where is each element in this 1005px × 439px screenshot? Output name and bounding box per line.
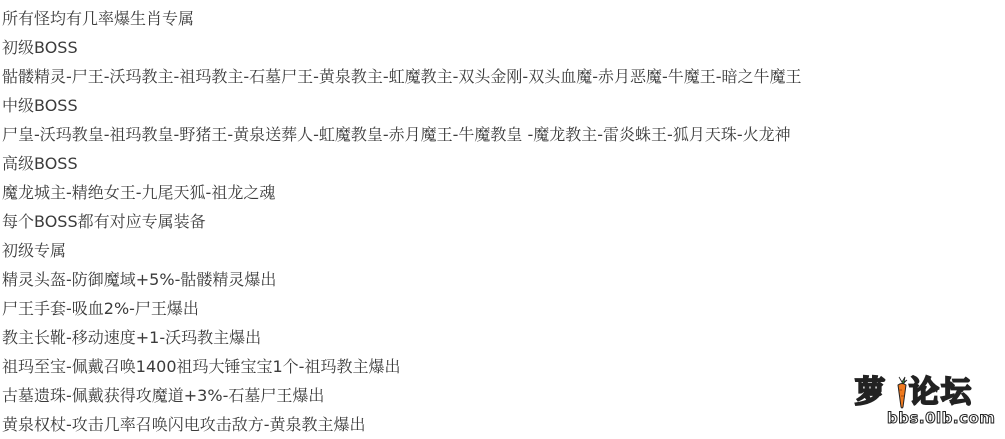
mid-boss-list: 尸皇-沃玛教皇-祖玛教皇-野猪王-黄泉送葬人-虹魔教皇-赤月魔王-牛魔教皇 -魔… (2, 120, 1005, 149)
watermark-title-part2: 论坛 (909, 375, 973, 410)
equipment-item: 教主长靴-移动速度+1-沃玛教主爆出 (2, 323, 1005, 352)
section-heading-junior-boss: 初级BOSS (2, 33, 1005, 62)
section-heading-mid-boss: 中级BOSS (2, 91, 1005, 120)
equipment-item: 精灵头盔-防御魔域+5%-骷髅精灵爆出 (2, 265, 1005, 294)
carrot-icon (895, 375, 909, 409)
watermark-title: 萝论坛 (855, 375, 973, 411)
watermark-url: bbs.0lb.com (887, 409, 995, 427)
watermark-title-part1: 萝 (855, 375, 887, 410)
section-heading-junior-exclusive: 初级专属 (2, 236, 1005, 265)
intro-line: 所有怪均有几率爆生肖专属 (2, 4, 1005, 33)
equipment-item: 尸王手套-吸血2%-尸王爆出 (2, 294, 1005, 323)
equipment-intro-line: 每个BOSS都有对应专属装备 (2, 207, 1005, 236)
site-watermark-logo: 萝论坛 bbs.0lb.com (847, 373, 997, 435)
junior-boss-list: 骷髅精灵-尸王-沃玛教主-祖玛教主-石墓尸王-黄泉教主-虹魔教主-双头金刚-双头… (2, 62, 1005, 91)
senior-boss-list: 魔龙城主-精绝女王-九尾天狐-祖龙之魂 (2, 178, 1005, 207)
section-heading-senior-boss: 高级BOSS (2, 149, 1005, 178)
